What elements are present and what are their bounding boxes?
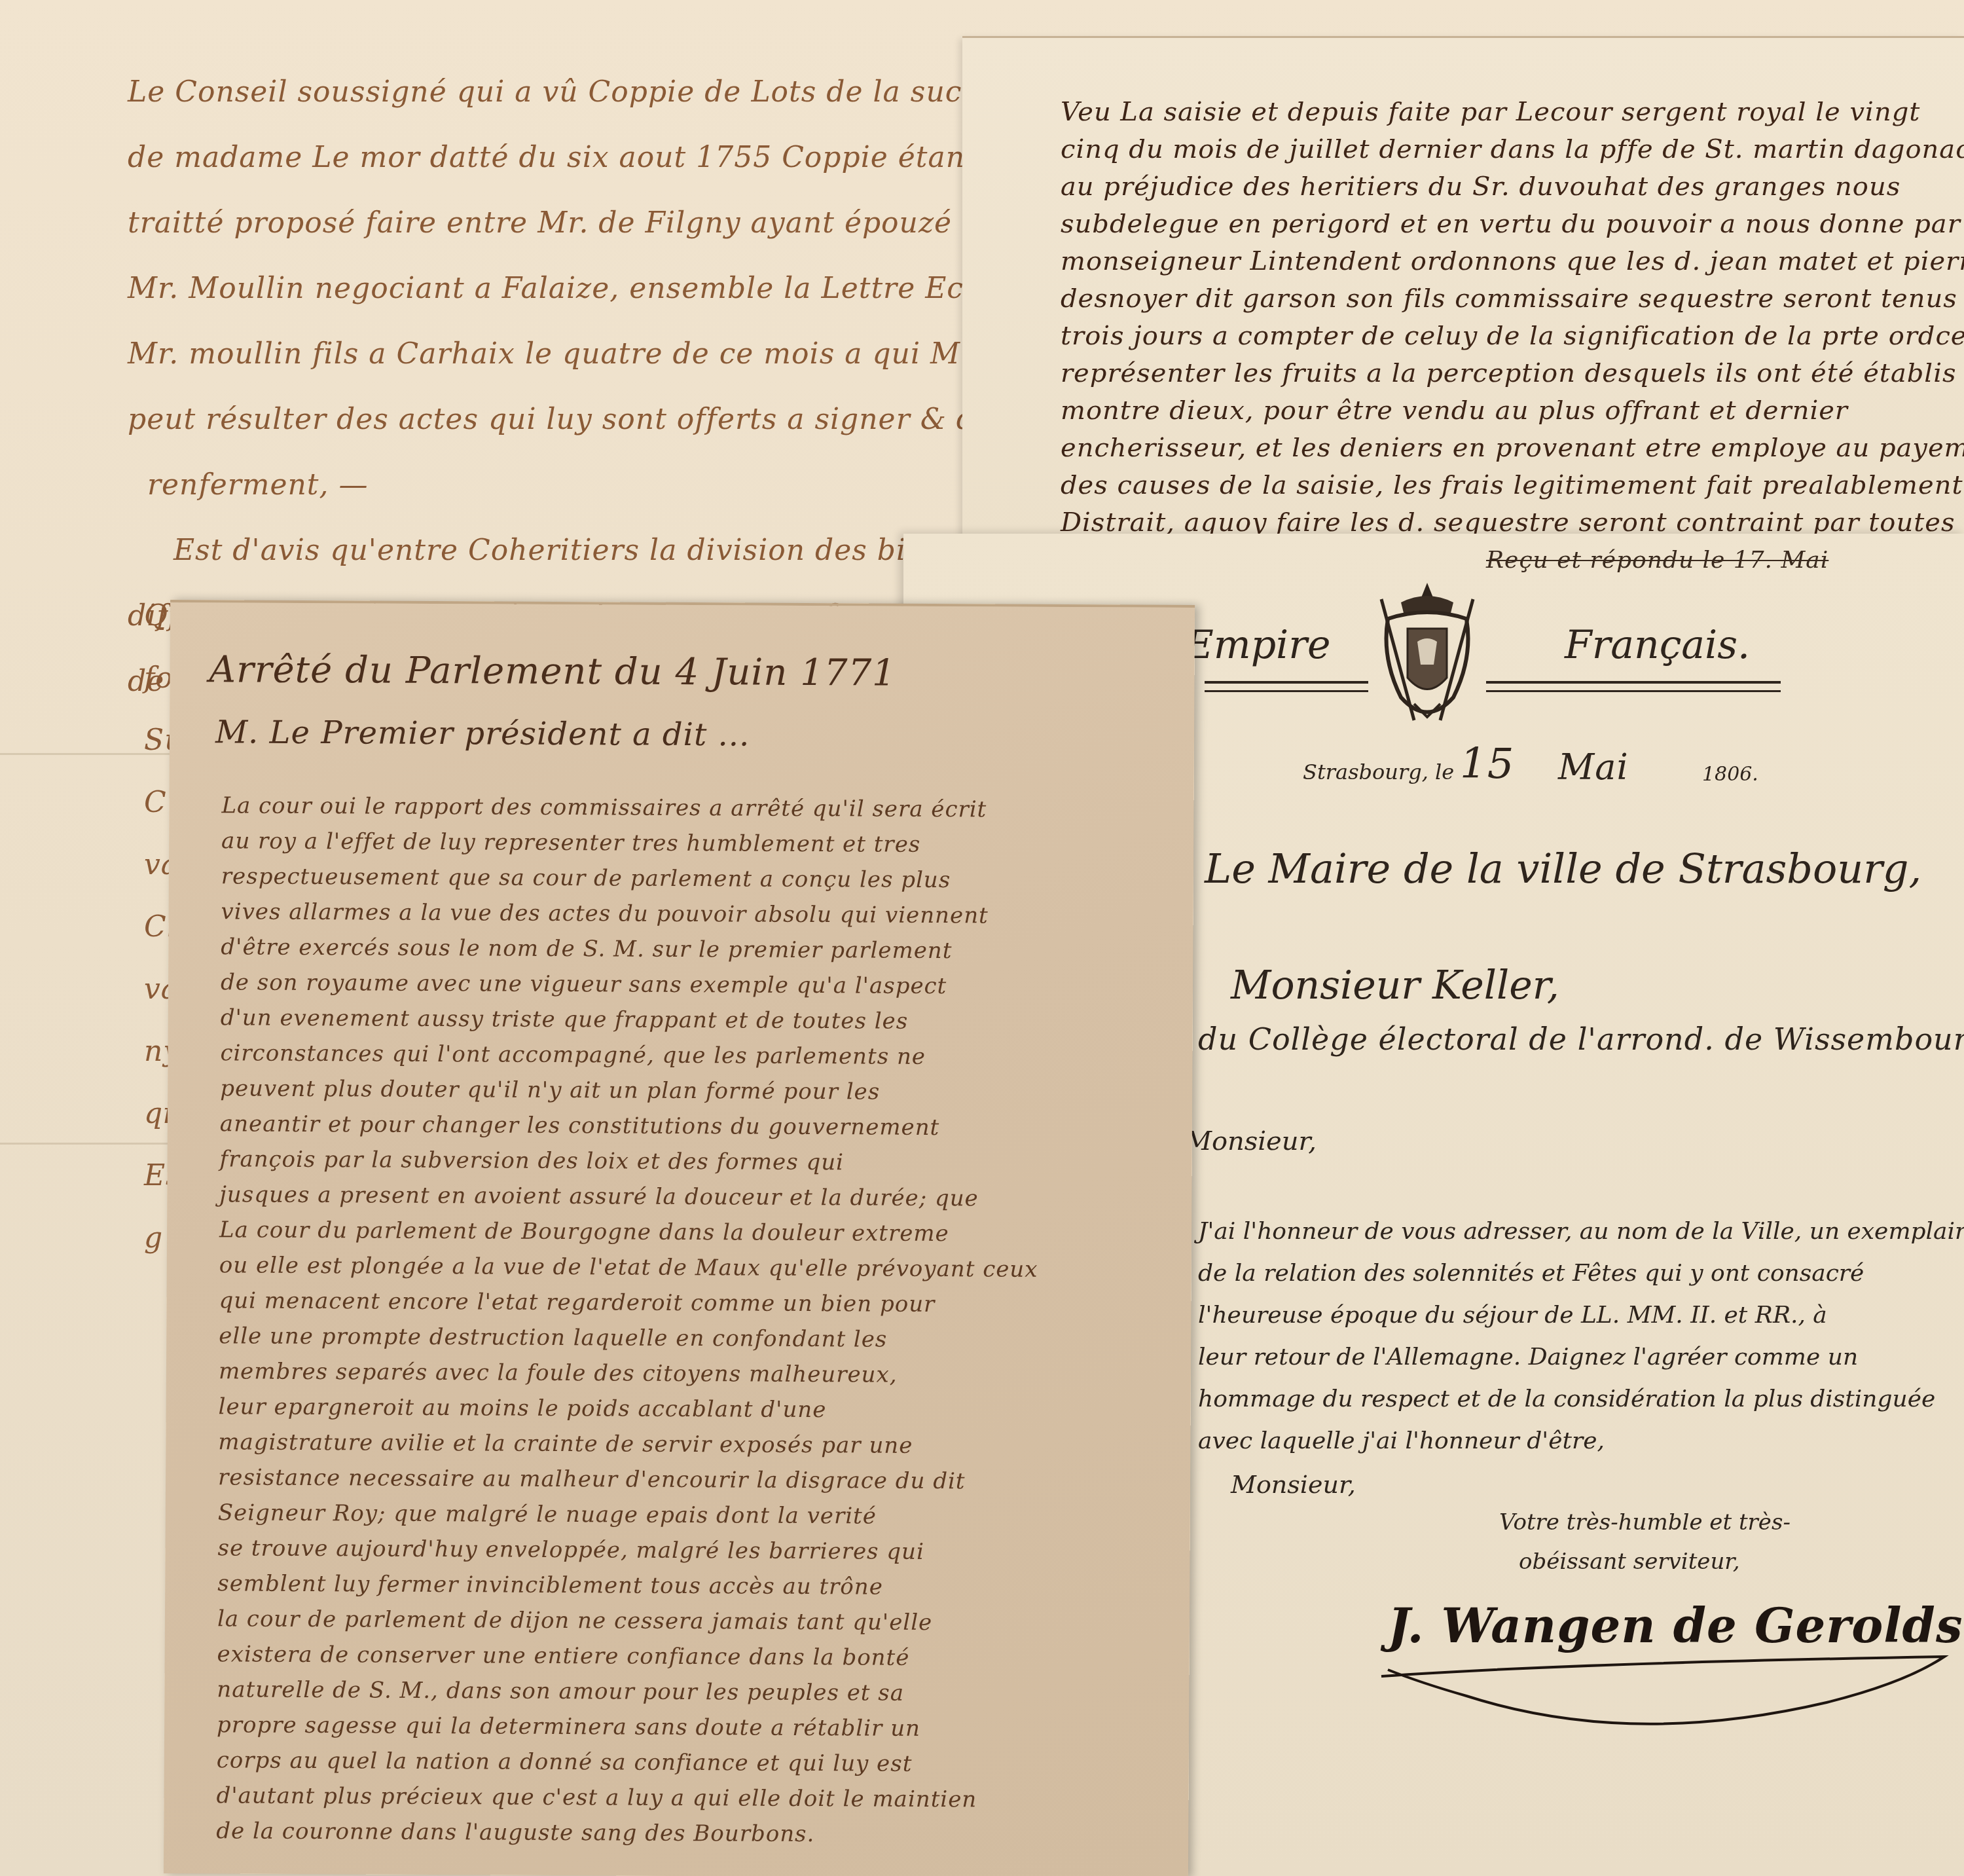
arrete-text-line: elle une prompte destruction laquelle en… <box>219 1323 887 1352</box>
saisie-text-line: encherisseur, et les deniers en provenan… <box>1061 433 1964 463</box>
received-annotation: Reçu et répondu le 17. Mai <box>1486 547 1828 574</box>
letter-body-line: l'heureuse époque du séjour de LL. MM. I… <box>1198 1302 1827 1329</box>
letter-body-line: hommage du respect et de la considératio… <box>1198 1386 1935 1412</box>
saisie-text-line: cinq du mois de juillet dernier dans la … <box>1061 134 1964 164</box>
arrete-text-line: d'un evenement aussy triste que frappant… <box>221 1004 909 1034</box>
letter-recipient-title: du Collège électoral de l'arrond. de Wis… <box>1198 1021 1964 1057</box>
arrete-text-line: jusques a present en avoient assuré la d… <box>219 1181 979 1211</box>
consultation-text-line: Mr. Moullin negociant a Falaize, ensembl… <box>128 272 1091 305</box>
letter-place: Strasbourg, le <box>1303 760 1454 784</box>
arrete-text-line: resistance necessaire au malheur d'encou… <box>218 1464 966 1494</box>
letter-closing-line-2: obéissant serviteur, <box>1519 1549 1740 1575</box>
letter-year: 1806. <box>1702 763 1758 786</box>
letter-closing-line-1: Votre très-humble et très- <box>1499 1509 1791 1536</box>
arrete-text-line: de la couronne dans l'auguste sang des B… <box>216 1818 814 1847</box>
arrete-text-line: aneantir et pour changer les constitutio… <box>220 1111 940 1141</box>
arrete-text-line: peuvent plus douter qu'il n'y ait un pla… <box>220 1075 880 1105</box>
saisie-text-line: desnoyer dit garson son fils commissaire… <box>1061 284 1964 314</box>
consultation-margin-fragment: g <box>144 1221 163 1255</box>
signature-flourish-icon <box>1368 1617 1957 1748</box>
saisie-text-line: subdelegue en perigord et en vertu du po… <box>1061 209 1961 239</box>
consultation-text-line: de madame Le mor datté du six aout 1755 … <box>128 141 1086 174</box>
saisie-text-line: monseigneur Lintendent ordonnons que les… <box>1061 246 1964 276</box>
document-arrete-parlement: Arrêté du Parlement du 4 Juin 1771 M. Le… <box>164 600 1195 1876</box>
arrete-text-line: magistrature avilie et la crainte de ser… <box>218 1429 913 1459</box>
arrete-text-line: françois par la subversion des loix et d… <box>220 1146 845 1175</box>
imperial-crest-icon <box>1375 579 1480 730</box>
arrete-text-line: circonstances qui l'ont accompagné, que … <box>220 1040 926 1070</box>
arrete-text-line: La cour oui le rapport des commissaires … <box>221 792 987 822</box>
letterhead-rule-left <box>1205 681 1368 692</box>
arrete-text-line: ou elle est plongée a la vue de l'etat d… <box>219 1252 1038 1283</box>
arrete-text-line: au roy a l'effet de luy representer tres… <box>221 828 920 858</box>
letter-day: 15 <box>1460 740 1514 788</box>
document-saisie: Veu La saisie et depuis faite par Lecour… <box>962 36 1964 560</box>
arrete-text-line: propre sagesse qui la determinera sans d… <box>217 1712 920 1742</box>
letterhead-francais: Français. <box>1565 622 1750 668</box>
letter-recipient-name: Monsieur Keller, <box>1231 963 1559 1008</box>
arrete-title: Arrêté du Parlement du 4 Juin 1771 <box>209 648 896 694</box>
consultation-text-line: Le Conseil soussigné qui a vû Coppie de … <box>128 75 1074 109</box>
saisie-text-line: trois jours a compter de celuy de la sig… <box>1061 321 1964 351</box>
saisie-text-line: Veu La saisie et depuis faite par Lecour… <box>1061 97 1920 127</box>
letter-body-line: de la relation des solennités et Fêtes q… <box>1198 1260 1864 1287</box>
saisie-text-line: des causes de la saisie, les frais legit… <box>1061 470 1963 500</box>
letter-body-line: leur retour de l'Allemagne. Daignez l'ag… <box>1198 1344 1858 1370</box>
letter-sender: Le Maire de la ville de Strasbourg, <box>1205 845 1921 892</box>
consultation-margin-fragment: Q <box>144 599 168 633</box>
arrete-text-line: d'être exercés sous le nom de S. M. sur … <box>221 934 952 964</box>
arrete-text-line: d'autant plus précieux que c'est a luy a… <box>216 1782 977 1812</box>
consultation-margin-fragment: C <box>144 786 167 819</box>
arrete-subtitle: M. Le Premier président a dit ... <box>215 714 750 753</box>
arrete-text-line: La cour du parlement de Bourgogne dans l… <box>219 1217 949 1247</box>
letterhead-empire: Empire <box>1185 622 1330 668</box>
saisie-text-line: montre dieux, pour être vendu au plus of… <box>1061 395 1848 426</box>
letter-salutation: Monsieur, <box>1185 1126 1317 1156</box>
saisie-text-line: représenter les fruits a la perception d… <box>1061 358 1964 388</box>
arrete-text-line: respectueusement que sa cour de parlemen… <box>221 863 951 893</box>
arrete-text-line: semblent luy fermer invinciblement tous … <box>217 1570 883 1600</box>
arrete-text-line: la cour de parlement de dijon ne cessera… <box>217 1606 932 1636</box>
arrete-text-line: qui menacent encore l'etat regarderoit c… <box>219 1287 935 1317</box>
consultation-text-line: renferment, — <box>147 468 369 502</box>
letter-body-line: J'ai l'honneur de vous adresser, au nom … <box>1198 1218 1964 1245</box>
saisie-text-line: au préjudice des heritiers du Sr. duvouh… <box>1061 172 1900 202</box>
letterhead-rule-right <box>1486 681 1781 692</box>
arrete-text-line: Seigneur Roy; que malgré le nuage epais … <box>218 1499 877 1529</box>
consultation-text-line: Mr. moullin fils a Carhaix le quatre de … <box>128 337 981 371</box>
arrete-text-line: existera de conserver une entiere confia… <box>217 1641 910 1671</box>
arrete-text-line: membres separés avec la foule des citoye… <box>219 1358 898 1388</box>
letter-closing-salutation: Monsieur, <box>1231 1470 1356 1499</box>
arrete-text-line: de son royaume avec une vigueur sans exe… <box>221 969 947 999</box>
arrete-text-line: leur epargneroit au moins le poids accab… <box>219 1393 827 1423</box>
arrete-text-line: se trouve aujourd'huy enveloppée, malgré… <box>217 1535 924 1565</box>
arrete-text-line: corps au quel la nation a donné sa confi… <box>217 1747 913 1777</box>
letter-month: Mai <box>1558 746 1629 788</box>
letter-body-line: avec laquelle j'ai l'honneur d'être, <box>1198 1427 1605 1454</box>
arrete-text-line: vives allarmes a la vue des actes du pou… <box>221 898 989 929</box>
arrete-text-line: naturelle de S. M., dans son amour pour … <box>217 1676 904 1706</box>
